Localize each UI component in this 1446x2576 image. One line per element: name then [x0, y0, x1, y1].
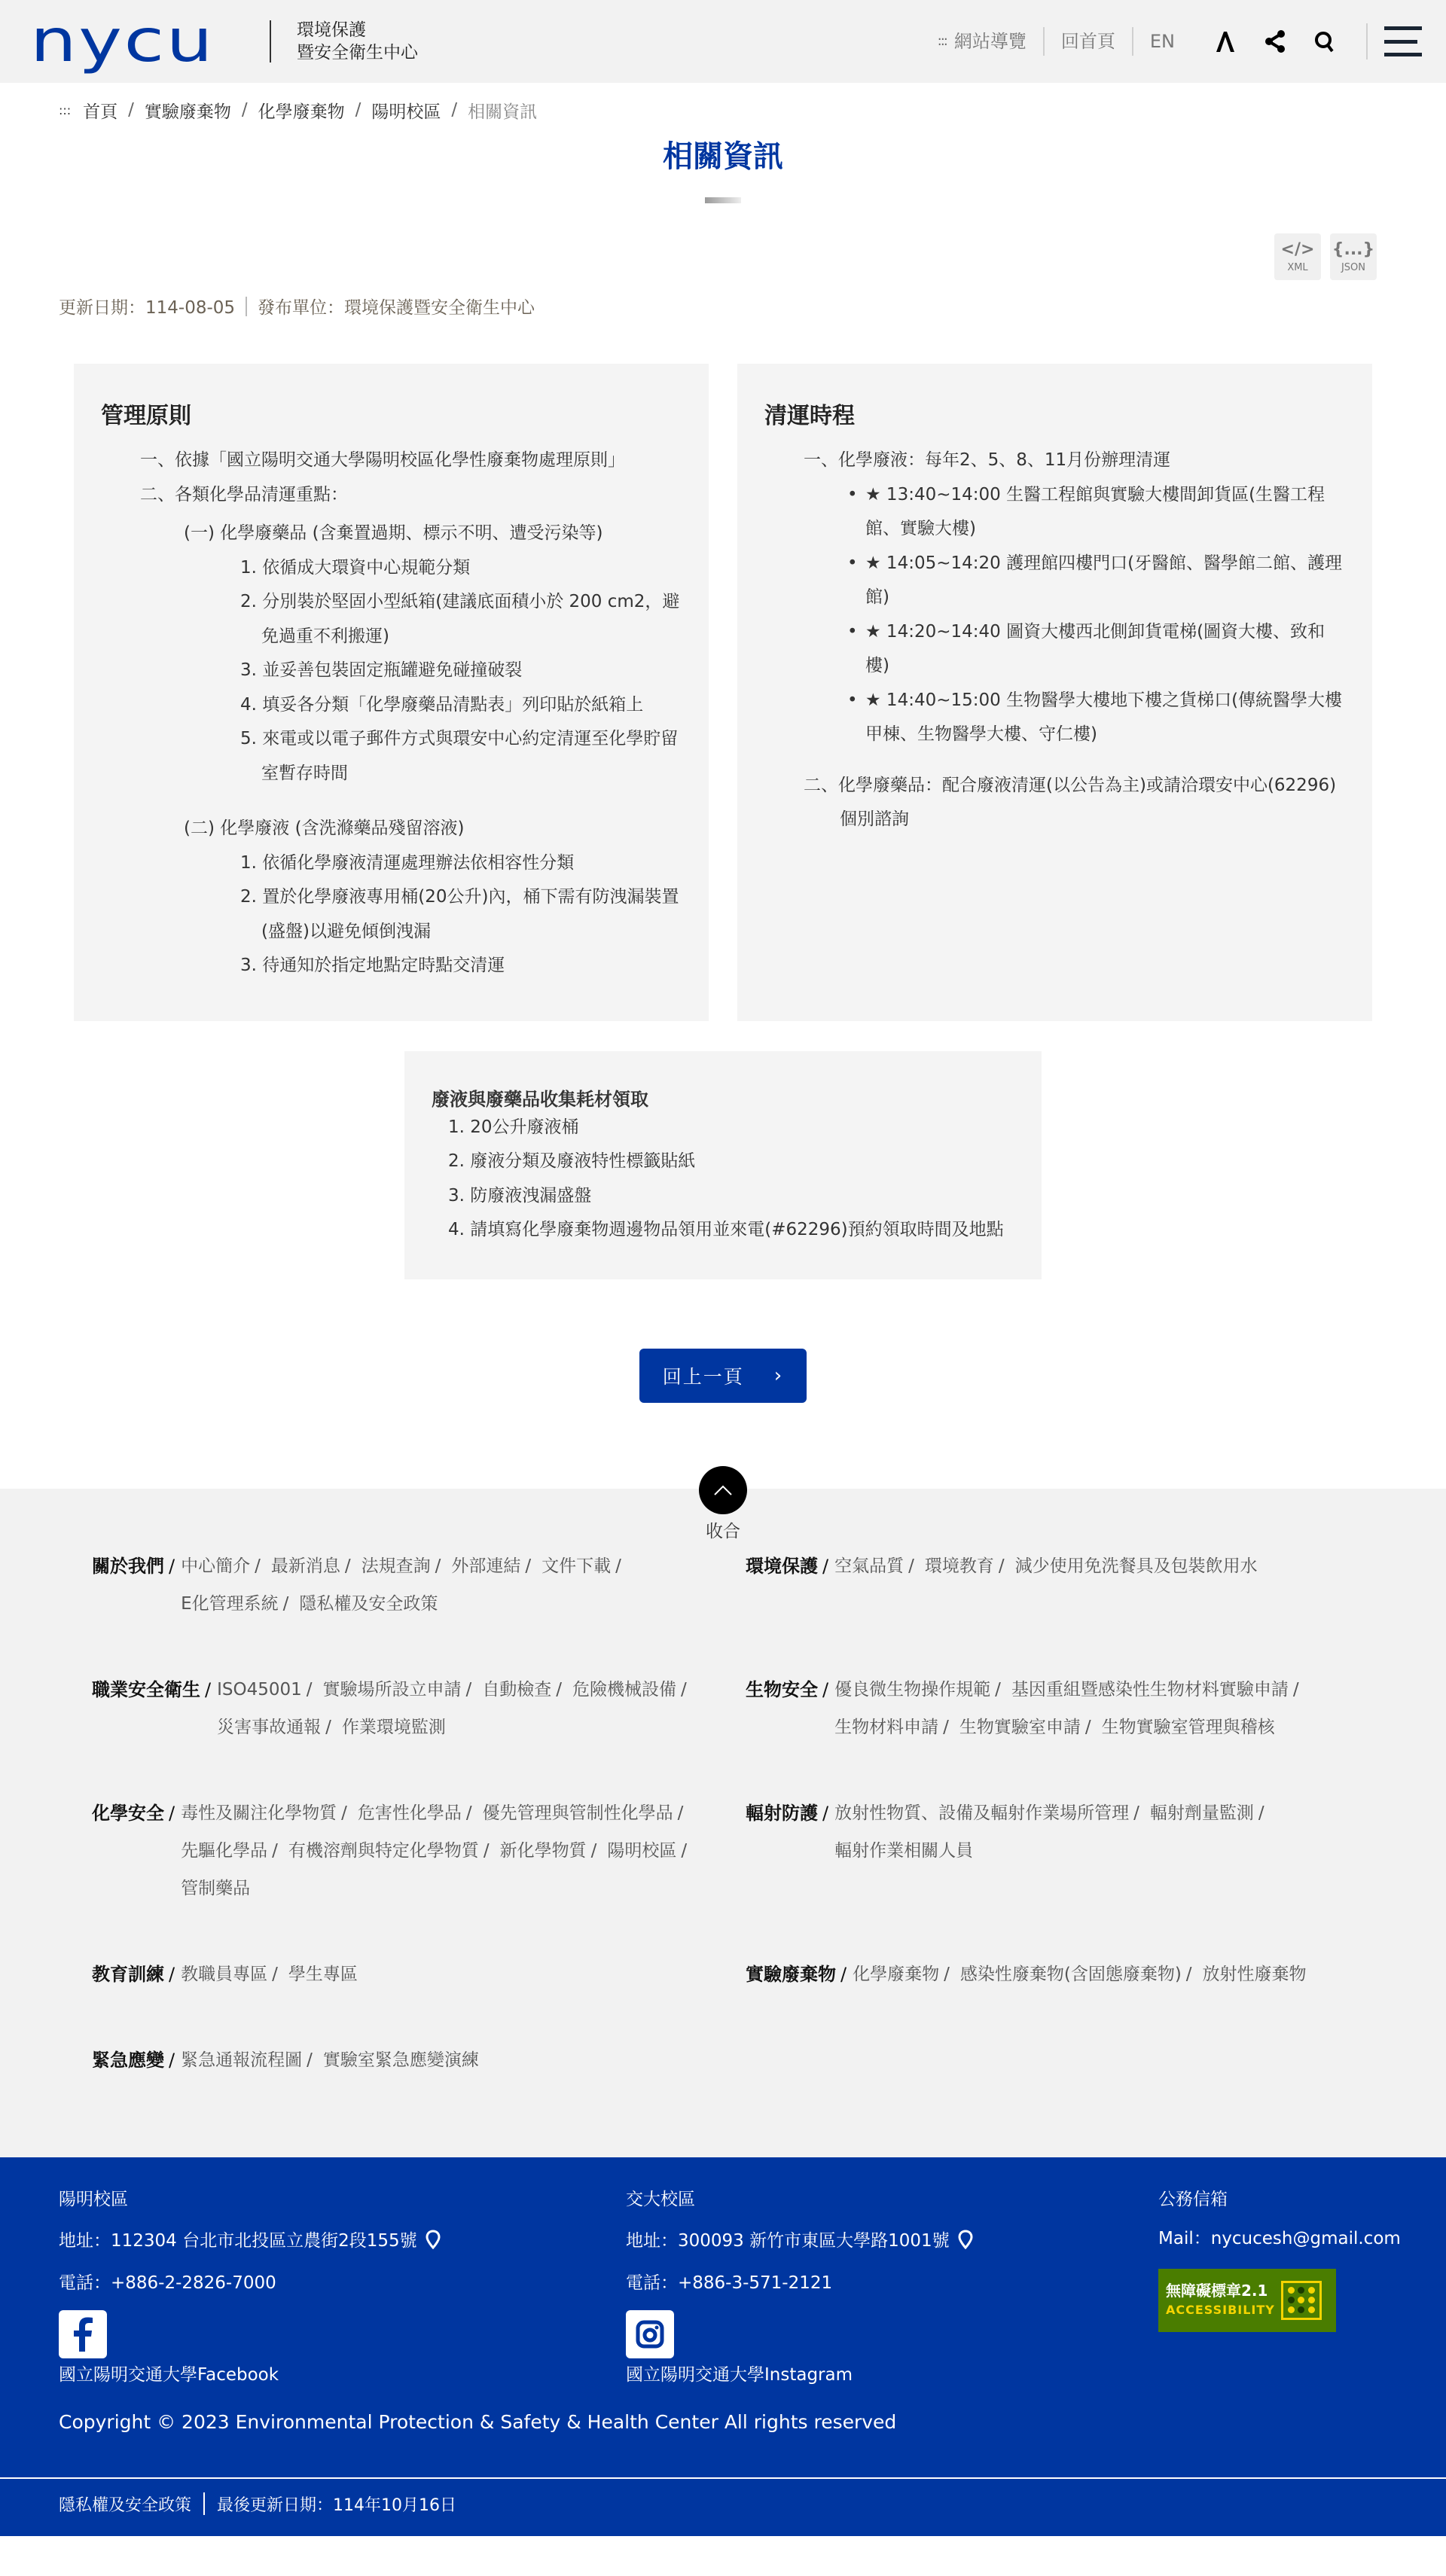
principle-item: 二、各類化學品清運重點： — [101, 478, 682, 513]
sitemap-link[interactable]: 學生專區 — [288, 1956, 358, 1993]
campus-address: 地址：112304 台北市北投區立農街2段155號 — [59, 2231, 417, 2251]
campus-title: 交大校區 — [626, 2190, 1158, 2209]
sitemap-label: 網站導覽 — [954, 27, 1027, 56]
footer-mail: 公務信箱 Mail：nycucesh@gmail.com 無障礙標章2.1 AC… — [1158, 2190, 1401, 2405]
sitemap-link[interactable]: 中心簡介/ — [181, 1547, 261, 1585]
sitemap-group-title[interactable]: 教育訓練/ — [92, 1956, 181, 1993]
sitemap-link[interactable]: 實驗場所設立申請/ — [323, 1671, 472, 1709]
sitemap-link[interactable]: 作業環境監測 — [342, 1709, 446, 1746]
sitemap-group: 化學安全/毒性及關注化學物質/危害性化學品/優先管理與管制性化學品/先驅化學品/… — [92, 1794, 746, 1907]
list-item: 2. 置於化學廢液專用桶(20公升)內，桶下需有防洩漏裝置(盛盤)以避免傾倒洩漏 — [240, 880, 682, 949]
sitemap-link[interactable]: 災害事故通報/ — [217, 1709, 331, 1746]
sitemap-link[interactable]: ISO45001/ — [217, 1671, 312, 1709]
sub-section-title: (二) 化學廢液 (含洗滌藥品殘留溶液) — [101, 812, 682, 846]
back-wrap: 回上一頁 › — [0, 1349, 1446, 1403]
campus-phone: 電話：+886-3-571-2121 — [626, 2274, 1158, 2292]
sitemap-link[interactable]: 生物材料申請/ — [834, 1709, 949, 1746]
breadcrumb-separator: / — [355, 100, 361, 120]
sitemap-group-title[interactable]: 職業安全衛生/ — [92, 1671, 217, 1746]
card-title: 廢液與廢藥品收集耗材領取 — [432, 1084, 1014, 1111]
org-name-line2: 暨安全衛生中心 — [297, 41, 418, 64]
sitemap-link[interactable]: 管制藥品 — [181, 1870, 250, 1907]
sitemap-link[interactable]: 環境教育/ — [925, 1547, 1005, 1585]
campus-title: 陽明校區 — [59, 2190, 626, 2209]
sitemap-link[interactable]: 輻射劑量監測/ — [1150, 1794, 1264, 1832]
list-item: 4. 填妥各分類「化學廢藥品清點表」列印貼於紙箱上 — [240, 688, 682, 723]
sitemap-group: 實驗廢棄物/化學廢棄物/感染性廢棄物(含固態廢棄物)/放射性廢棄物 — [746, 1956, 1348, 1993]
sitemap-link[interactable]: 陽明校區/ — [607, 1832, 687, 1870]
sitemap-link[interactable]: ::: 網站導覽 — [921, 27, 1045, 56]
braille-icon — [1281, 2281, 1322, 2320]
accessibility-badge[interactable]: 無障礙標章2.1 ACCESSIBILITY — [1158, 2269, 1336, 2332]
sitemap-link[interactable]: 感染性廢棄物(含固態廢棄物)/ — [960, 1956, 1192, 1993]
card-title: 管理原則 — [101, 397, 682, 430]
sitemap-link[interactable]: 基因重組暨感染性生物材料實驗申請/ — [1011, 1671, 1299, 1709]
footer-bottom: 隱私權及安全政策 最後更新日期：114年10月16日 — [0, 2477, 1446, 2536]
sitemap-link[interactable]: 文件下載/ — [541, 1547, 621, 1585]
list-item: 3. 並妥善包裝固定瓶罐避免碰撞破裂 — [240, 654, 682, 688]
sitemap-link[interactable]: 優良微生物操作規範/ — [834, 1671, 1001, 1709]
site-footer: 陽明校區 地址：112304 台北市北投區立農街2段155號 電話：+886-2… — [0, 2157, 1446, 2536]
sitemap-link[interactable]: E化管理系統/ — [181, 1585, 288, 1623]
list-item: 2. 分別裝於堅固小型紙箱(建議底面積小於 200 cm2，避免過重不利搬運) — [240, 585, 682, 654]
chevron-right-icon: › — [774, 1364, 783, 1387]
header-icon-group — [1191, 23, 1368, 59]
braces-icon: {...} — [1332, 241, 1374, 259]
mail-address[interactable]: Mail：nycucesh@gmail.com — [1158, 2230, 1401, 2248]
sitemap-group: 教育訓練/教職員專區/學生專區 — [92, 1956, 746, 1993]
instagram-link[interactable]: 國立陽明交通大學Instagram — [626, 2366, 1158, 2384]
org-name: 環境保護 暨安全衛生中心 — [297, 19, 418, 64]
collapse-toggle[interactable]: 收合 — [699, 1466, 747, 1542]
sitemap-grid: 關於我們/中心簡介/最新消息/法規查詢/外部連結/文件下載/E化管理系統/隱私權… — [0, 1547, 1446, 2127]
collapse-label: 收合 — [699, 1517, 747, 1542]
mail-title: 公務信箱 — [1158, 2190, 1401, 2209]
sitemap-link[interactable]: 減少使用免洗餐具及包裝飲用水 — [1015, 1547, 1258, 1585]
feed-buttons: </> XML {...} JSON — [0, 233, 1446, 280]
breadcrumb-chemical-waste[interactable]: 化學廢棄物 — [258, 98, 345, 123]
card-supplies: 廢液與廢藥品收集耗材領取 1. 20公升廢液桶 2. 廢液分類及廢液特性標籤貼紙… — [404, 1051, 1042, 1279]
menu-icon[interactable] — [1384, 26, 1422, 56]
breadcrumb-dots: ::: — [59, 103, 71, 117]
share-icon[interactable] — [1264, 30, 1286, 53]
sitemap-group: 生物安全/優良微生物操作規範/基因重組暨感染性生物材料實驗申請/生物材料申請/生… — [746, 1671, 1348, 1746]
badge-line2: ACCESSIBILITY — [1166, 2300, 1275, 2320]
campus-address: 地址：300093 新竹市東區大學路1001號 — [626, 2231, 950, 2251]
sitemap-link[interactable]: 危害性化學品/ — [358, 1794, 472, 1832]
sitemap-link[interactable]: 生物實驗室申請/ — [959, 1709, 1091, 1746]
org-name-line1: 環境保護 — [297, 19, 418, 41]
schedule-item: 一、化學廢液：每年2、5、8、11月份辦理清運 — [764, 444, 1345, 478]
schedule-item: 二、化學廢藥品：配合廢液清運(以公告為主)或請洽環安中心(62296)個別諮詢 — [764, 769, 1345, 837]
sitemap-link[interactable]: 教職員專區/ — [181, 1956, 278, 1993]
facebook-link[interactable]: 國立陽明交通大學Facebook — [59, 2366, 626, 2384]
chevron-up-icon[interactable] — [699, 1466, 747, 1514]
publisher: 發布單位：環境保護暨安全衛生中心 — [258, 294, 535, 319]
list-item: 1. 依循化學廢液清運處理辦法依相容性分類 — [240, 846, 682, 881]
sitemap-link[interactable]: 有機溶劑與特定化學物質/ — [288, 1832, 490, 1870]
sitemap-group: 緊急應變/緊急通報流程圖/實驗室緊急應變演練 — [92, 2041, 746, 2079]
updated-date: 更新日期：114-08-05 — [59, 294, 235, 319]
card-management-principles: 管理原則 一、依據「國立陽明交通大學陽明校區化學性廢棄物處理原則」 二、各類化學… — [74, 364, 709, 1021]
schedule-slot: ★ 13:40~14:00 生醫工程館與實驗大樓間卸貨區(生醫工程館、實驗大樓) — [847, 478, 1345, 547]
nycu-logo[interactable]: nycu — [30, 12, 294, 71]
list-item: 1. 依循成大環資中心規範分類 — [240, 551, 682, 586]
list-item: 3. 防廢液洩漏盛盤 — [448, 1179, 1014, 1214]
sitemap-group: 輻射防護/放射性物質、設備及輻射作業場所管理/輻射劑量監測/輻射作業相關人員 — [746, 1794, 1348, 1907]
list-item: 4. 請填寫化學廢棄物週邊物品領用並來電(#62296)預約領取時間及地點 — [448, 1213, 1014, 1248]
language-link[interactable]: EN — [1133, 27, 1191, 56]
facebook-icon[interactable] — [59, 2310, 107, 2358]
privacy-link[interactable]: 隱私權及安全政策 — [59, 2492, 191, 2516]
breadcrumb-current: 相關資訊 — [468, 98, 537, 123]
last-updated: 最後更新日期：114年10月16日 — [217, 2492, 456, 2516]
xml-feed-button[interactable]: </> XML — [1274, 233, 1321, 280]
sitemap-group: 關於我們/中心簡介/最新消息/法規查詢/外部連結/文件下載/E化管理系統/隱私權… — [92, 1547, 746, 1623]
campus-phone: 電話：+886-2-2826-7000 — [59, 2274, 626, 2292]
sitemap-link[interactable]: 危險機械設備/ — [572, 1671, 687, 1709]
footer-yangming: 陽明校區 地址：112304 台北市北投區立農街2段155號 電話：+886-2… — [59, 2190, 626, 2405]
badge-line1: 無障礙標章2.1 — [1166, 2281, 1275, 2300]
meta-divider — [246, 297, 247, 316]
sitemap-link[interactable]: 毒性及關注化學物質/ — [181, 1794, 347, 1832]
instagram-icon[interactable] — [626, 2310, 674, 2358]
sitemap-link[interactable]: 先驅化學品/ — [181, 1832, 278, 1870]
sitemap-link[interactable]: 隱私權及安全政策 — [299, 1585, 438, 1623]
sitemap-link[interactable]: 實驗室緊急應變演練 — [323, 2041, 479, 2079]
sitemap-link[interactable]: 法規查詢/ — [361, 1547, 441, 1585]
sitemap-group-title[interactable]: 實驗廢棄物/ — [746, 1956, 853, 1993]
header-utilities: ::: 網站導覽 回首頁 EN — [921, 23, 1422, 59]
sitemap-group: 職業安全衛生/ISO45001/實驗場所設立申請/自動檢查/危險機械設備/災害事… — [92, 1671, 746, 1746]
code-icon: </> — [1281, 241, 1315, 259]
back-button-label: 回上一頁 — [663, 1362, 744, 1389]
sitemap-link[interactable]: 優先管理與管制性化學品/ — [483, 1794, 684, 1832]
sitemap-link[interactable]: 外部連結/ — [451, 1547, 531, 1585]
sitemap-group-title[interactable]: 緊急應變/ — [92, 2041, 181, 2079]
brand[interactable]: nycu 環境保護 暨安全衛生中心 — [30, 12, 418, 71]
dots-icon: ::: — [938, 27, 947, 56]
sitemap-link[interactable]: 緊急通報流程圖/ — [181, 2041, 313, 2079]
list-item: 1. 20公升廢液桶 — [448, 1111, 1014, 1145]
map-pin-icon[interactable] — [426, 2230, 441, 2253]
schedule-slot: ★ 14:05~14:20 護理館四樓門口(牙醫館、醫學館二館、護理館) — [847, 547, 1345, 615]
list-item: 2. 廢液分類及廢液特性標籤貼紙 — [448, 1145, 1014, 1179]
sitemap-link[interactable]: 新化學物質/ — [500, 1832, 597, 1870]
sitemap-link[interactable]: 化學廢棄物/ — [853, 1956, 950, 1993]
sitemap-link[interactable]: 生物實驗室管理與稽核 — [1102, 1709, 1275, 1746]
title-underline — [705, 197, 741, 203]
map-pin-icon[interactable] — [958, 2230, 973, 2253]
breadcrumb-home[interactable]: 首頁 — [83, 98, 117, 123]
sitemap-link[interactable]: 放射性廢棄物 — [1203, 1956, 1307, 1993]
sitemap-link[interactable]: 最新消息/ — [271, 1547, 351, 1585]
search-icon[interactable] — [1313, 30, 1336, 53]
sitemap-link[interactable]: 放射性物質、設備及輻射作業場所管理/ — [834, 1794, 1139, 1832]
font-size-icon[interactable] — [1214, 30, 1237, 53]
footer-chiaotung: 交大校區 地址：300093 新竹市東區大學路1001號 電話：+886-3-5… — [626, 2190, 1158, 2405]
content-cards: 管理原則 一、依據「國立陽明交通大學陽明校區化學性廢棄物處理原則」 二、各類化學… — [0, 364, 1446, 1021]
page-meta: 更新日期：114-08-05 發布單位：環境保護暨安全衛生中心 — [0, 294, 1446, 319]
json-label: JSON — [1341, 262, 1365, 273]
schedule-slot: ★ 14:40~15:00 生物醫學大樓地下樓之貨梯口(傳統醫學大樓甲棟、生物醫… — [847, 684, 1345, 752]
sitemap-link[interactable]: 輻射作業相關人員 — [834, 1832, 973, 1870]
page-title: 相關資訊 — [0, 133, 1446, 173]
sitemap-link[interactable]: 自動檢查/ — [482, 1671, 562, 1709]
schedule-slot: ★ 14:20~14:40 圖資大樓西北側卸貨電梯(圖資大樓、致和樓) — [847, 615, 1345, 684]
principle-item: 一、依據「國立陽明交通大學陽明校區化學性廢棄物處理原則」 — [101, 444, 682, 478]
card-title: 清運時程 — [764, 397, 1345, 430]
sitemap-group-title[interactable]: 關於我們/ — [92, 1547, 181, 1623]
back-button[interactable]: 回上一頁 › — [639, 1349, 807, 1403]
footer-divider — [203, 2492, 205, 2515]
site-header: nycu 環境保護 暨安全衛生中心 ::: 網站導覽 回首頁 EN — [0, 0, 1446, 83]
sub-section-title: (一) 化學廢藥品 (含棄置過期、標示不明、遭受污染等) — [101, 517, 682, 551]
footer-sitemap: 收合 關於我們/中心簡介/最新消息/法規查詢/外部連結/文件下載/E化管理系統/… — [0, 1489, 1446, 2157]
sitemap-group-title[interactable]: 輻射防護/ — [746, 1794, 834, 1907]
breadcrumb-yangming[interactable]: 陽明校區 — [371, 98, 441, 123]
breadcrumb: ::: 首頁 / 實驗廢棄物 / 化學廢棄物 / 陽明校區 / 相關資訊 — [0, 83, 1446, 120]
breadcrumb-separator: / — [451, 100, 457, 120]
sitemap-group-title[interactable]: 化學安全/ — [92, 1794, 181, 1907]
copyright: Copyright © 2023 Environmental Protectio… — [0, 2405, 1446, 2477]
card-pickup-schedule: 清運時程 一、化學廢液：每年2、5、8、11月份辦理清運 ★ 13:40~14:… — [737, 364, 1372, 1021]
breadcrumb-separator: / — [128, 100, 134, 120]
home-link[interactable]: 回首頁 — [1045, 27, 1133, 56]
sitemap-link[interactable]: 空氣品質/ — [834, 1547, 914, 1585]
breadcrumb-lab-waste[interactable]: 實驗廢棄物 — [145, 98, 231, 123]
sitemap-group-title[interactable]: 生物安全/ — [746, 1671, 834, 1746]
xml-label: XML — [1287, 262, 1307, 273]
list-item: 5. 來電或以電子郵件方式與環安中心約定清運至化學貯留室暫存時間 — [240, 722, 682, 791]
sitemap-group: 環境保護/空氣品質/環境教育/減少使用免洗餐具及包裝飲用水 — [746, 1547, 1348, 1623]
list-item: 3. 待通知於指定地點定時點交清運 — [240, 949, 682, 983]
sitemap-group-title[interactable]: 環境保護/ — [746, 1547, 834, 1623]
json-feed-button[interactable]: {...} JSON — [1330, 233, 1377, 280]
breadcrumb-separator: / — [242, 100, 248, 120]
